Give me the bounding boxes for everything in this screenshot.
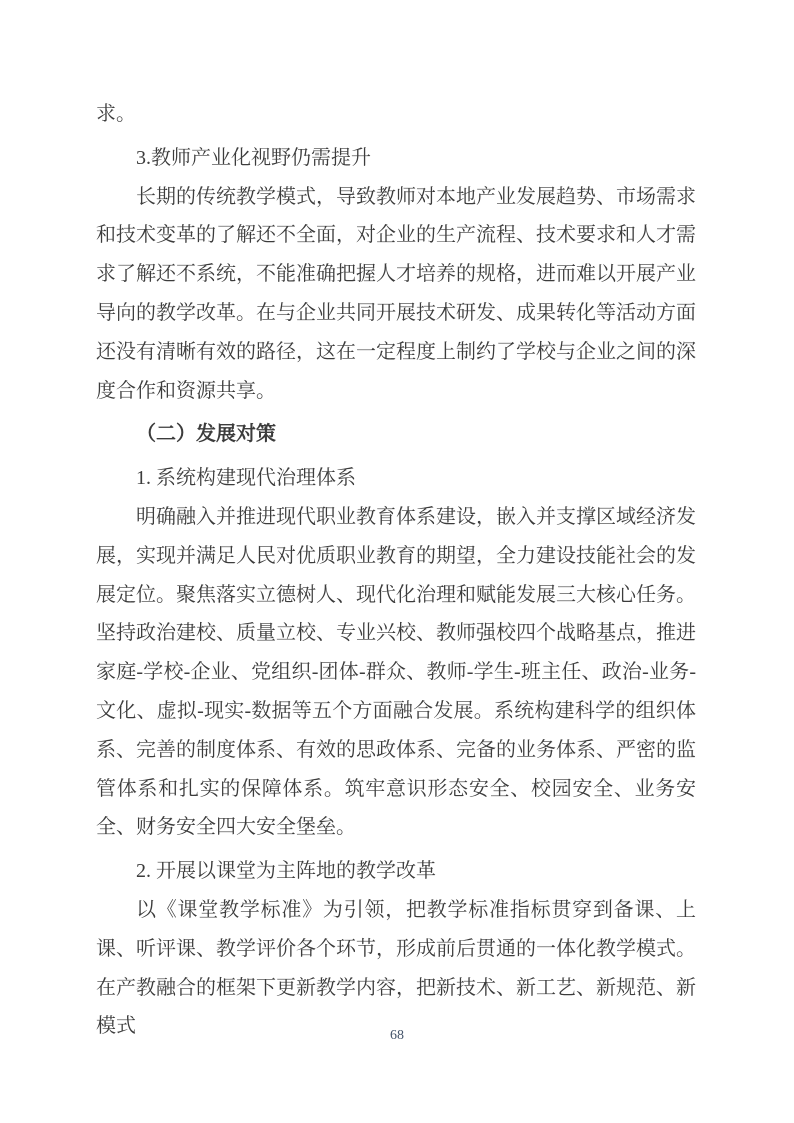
section-heading: 2. 开展以课堂为主阵地的教学改革 bbox=[96, 852, 696, 891]
document-page: 求。3.教师产业化视野仍需提升长期的传统教学模式，导致教师对本地产业发展趋势、市… bbox=[0, 0, 794, 1123]
body-paragraph: 求。 bbox=[96, 95, 696, 134]
page-number: 68 bbox=[0, 1027, 794, 1045]
body-paragraph: 以《课堂教学标准》为引领，把教学标准指标贯穿到备课、上课、听评课、教学评价各个环… bbox=[96, 891, 696, 1046]
section-heading: 1. 系统构建现代治理体系 bbox=[96, 459, 696, 498]
document-content: 求。3.教师产业化视野仍需提升长期的传统教学模式，导致教师对本地产业发展趋势、市… bbox=[96, 95, 696, 1046]
body-paragraph: 明确融入并推进现代职业教育体系建设，嵌入并支撑区域经济发展，实现并满足人民对优质… bbox=[96, 498, 696, 847]
body-paragraph: 长期的传统教学模式，导致教师对本地产业发展趋势、市场需求和技术变革的了解还不全面… bbox=[96, 178, 696, 411]
section-heading: （二）发展对策 bbox=[96, 415, 696, 454]
section-heading: 3.教师产业化视野仍需提升 bbox=[96, 139, 696, 178]
